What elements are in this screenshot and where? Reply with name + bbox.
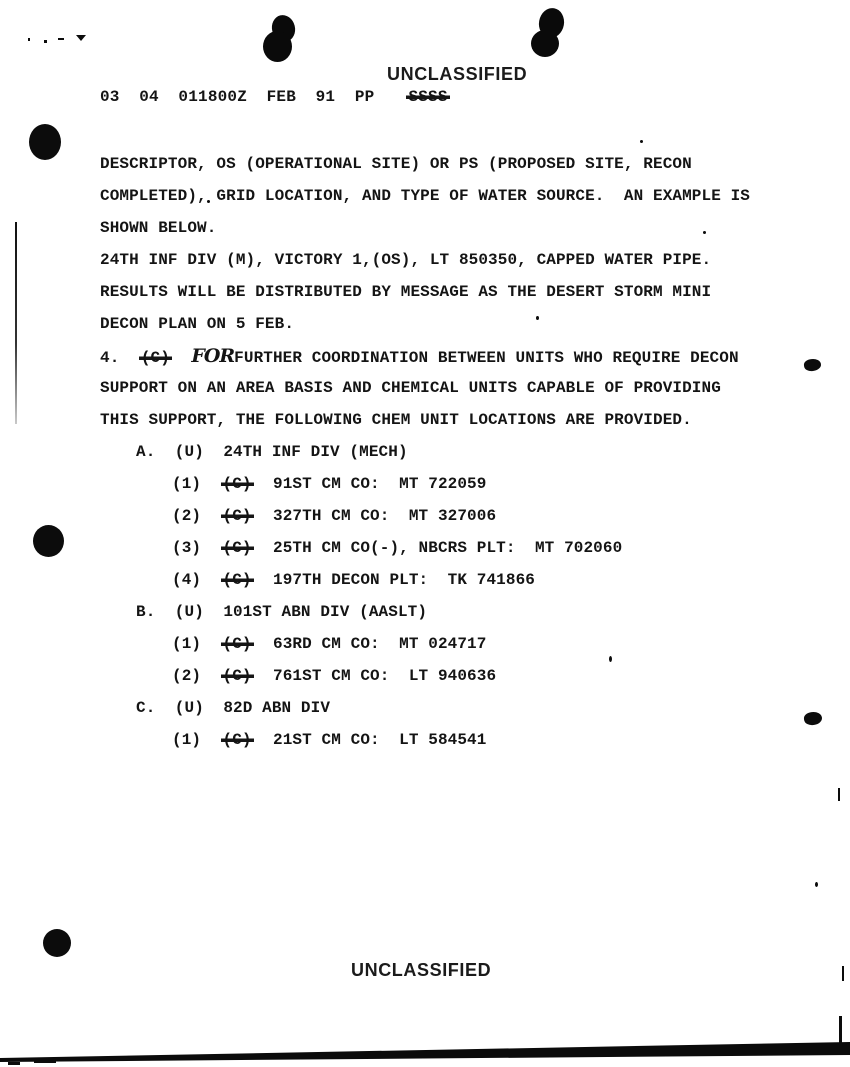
classification-header: UNCLASSIFIED <box>387 64 527 85</box>
classification-footer: UNCLASSIFIED <box>351 960 491 981</box>
line-text: DECON PLAN ON 5 FEB. <box>100 315 294 333</box>
scan-mark <box>842 966 844 981</box>
line-prefix: (4) <box>172 571 221 589</box>
line-text: C. (U) 82D ABN DIV <box>136 699 330 717</box>
ink-blob <box>529 8 565 58</box>
struck-classification-marking: (C) <box>221 539 254 557</box>
document-line: (1) (C) 91ST CM CO: MT 722059 <box>100 468 800 500</box>
scan-mark <box>28 38 30 41</box>
message-header-line: 03 04 011800Z FEB 91 PPSSSS <box>100 88 450 106</box>
struck-classification-marking: (C) <box>221 635 254 653</box>
line-text: THIS SUPPORT, THE FOLLOWING CHEM UNIT LO… <box>100 411 692 429</box>
document-line: 24TH INF DIV (M), VICTORY 1,(OS), LT 850… <box>100 244 800 276</box>
line-text: RESULTS WILL BE DISTRIBUTED BY MESSAGE A… <box>100 283 711 301</box>
line-prefix: (2) <box>172 507 221 525</box>
document-body: DESCRIPTOR, OS (OPERATIONAL SITE) OR PS … <box>100 148 800 756</box>
document-line: (2) (C) 327TH CM CO: MT 327006 <box>100 500 800 532</box>
document-line: C. (U) 82D ABN DIV <box>100 692 800 724</box>
line-text: 197TH DECON PLT: TK 741866 <box>254 571 535 589</box>
scan-speck <box>815 882 818 887</box>
page-edge-line <box>0 1036 850 1066</box>
struck-classification-marking: (C) <box>221 731 254 749</box>
scanned-document-page: UNCLASSIFIED UNCLASSIFIED 03 04 011800Z … <box>0 0 850 1067</box>
scan-line-artifact <box>15 222 17 424</box>
struck-classification-code: SSSS <box>406 88 449 106</box>
scan-mark <box>8 1062 20 1065</box>
document-line: B. (U) 101ST ABN DIV (AASLT) <box>100 596 800 628</box>
line-text: A. (U) 24TH INF DIV (MECH) <box>136 443 408 461</box>
document-line: THIS SUPPORT, THE FOLLOWING CHEM UNIT LO… <box>100 404 800 436</box>
document-line: SUPPORT ON AN AREA BASIS AND CHEMICAL UN… <box>100 372 800 404</box>
line-text: 761ST CM CO: LT 940636 <box>254 667 497 685</box>
document-line: COMPLETED), GRID LOCATION, AND TYPE OF W… <box>100 180 800 212</box>
line-text: 24TH INF DIV (M), VICTORY 1,(OS), LT 850… <box>100 251 711 269</box>
document-line: RESULTS WILL BE DISTRIBUTED BY MESSAGE A… <box>100 276 800 308</box>
scan-speck <box>640 140 643 143</box>
line-text: SUPPORT ON AN AREA BASIS AND CHEMICAL UN… <box>100 379 721 397</box>
line-text: 21ST CM CO: LT 584541 <box>254 731 487 749</box>
line-prefix: (2) <box>172 667 221 685</box>
document-line: (2) (C) 761ST CM CO: LT 940636 <box>100 660 800 692</box>
line-prefix: (1) <box>172 635 221 653</box>
document-line: (1) (C) 63RD CM CO: MT 024717 <box>100 628 800 660</box>
struck-classification-marking: (C) <box>221 507 254 525</box>
line-prefix: (3) <box>172 539 221 557</box>
struck-classification-marking: (C) <box>221 475 254 493</box>
margin-smudge <box>803 358 822 372</box>
line-text: B. (U) 101ST ABN DIV (AASLT) <box>136 603 427 621</box>
scan-mark <box>838 788 840 801</box>
margin-smudge <box>803 711 823 726</box>
scan-mark <box>58 38 64 40</box>
document-line: (3) (C) 25TH CM CO(-), NBCRS PLT: MT 702… <box>100 532 800 564</box>
hole-punch-mark <box>33 525 64 557</box>
handwritten-annotation: FOR <box>191 345 234 367</box>
hole-punch-mark <box>29 124 61 160</box>
document-line: DECON PLAN ON 5 FEB. <box>100 308 800 340</box>
document-line: A. (U) 24TH INF DIV (MECH) <box>100 436 800 468</box>
line-text: COMPLETED), GRID LOCATION, AND TYPE OF W… <box>100 187 750 205</box>
struck-classification-marking: (C) <box>139 349 172 367</box>
struck-classification-marking: (C) <box>221 571 254 589</box>
message-datetime-group: 03 04 011800Z FEB 91 PP <box>100 88 374 106</box>
line-text: 25TH CM CO(-), NBCRS PLT: MT 702060 <box>254 539 623 557</box>
line-text: DESCRIPTOR, OS (OPERATIONAL SITE) OR PS … <box>100 155 692 173</box>
document-line: 4. (C) FORFURTHER COORDINATION BETWEEN U… <box>100 340 800 372</box>
line-text: 327TH CM CO: MT 327006 <box>254 507 497 525</box>
document-line: (1) (C) 21ST CM CO: LT 584541 <box>100 724 800 756</box>
line-prefix: (1) <box>172 475 221 493</box>
line-text: SHOWN BELOW. <box>100 219 216 237</box>
scan-mark <box>44 40 47 43</box>
line-text: 91ST CM CO: MT 722059 <box>254 475 487 493</box>
scan-mark <box>76 35 86 41</box>
document-line: SHOWN BELOW. <box>100 212 800 244</box>
document-line: DESCRIPTOR, OS (OPERATIONAL SITE) OR PS … <box>100 148 800 180</box>
hole-punch-mark <box>43 929 71 957</box>
line-prefix: (1) <box>172 731 221 749</box>
ink-blob <box>263 15 299 63</box>
line-prefix: 4. <box>100 349 139 367</box>
line-text: FURTHER COORDINATION BETWEEN UNITS WHO R… <box>234 349 738 367</box>
line-text: 63RD CM CO: MT 024717 <box>254 635 487 653</box>
struck-classification-marking: (C) <box>221 667 254 685</box>
document-line: (4) (C) 197TH DECON PLT: TK 741866 <box>100 564 800 596</box>
scan-mark <box>34 1061 56 1063</box>
